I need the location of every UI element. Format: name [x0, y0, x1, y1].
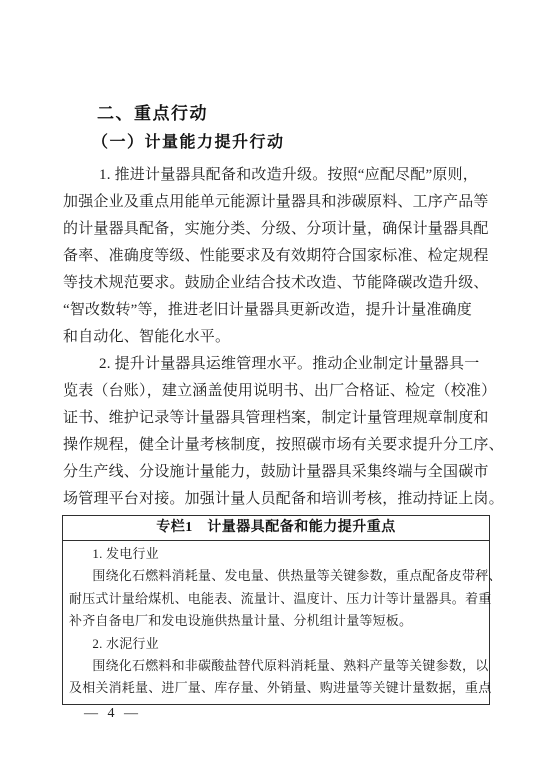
section-heading: 二、重点行动 — [63, 100, 489, 128]
special-column-box: 专栏1 计量器具配备和能力提升重点 1. 发电行业 围绕化石燃料消耗量、发电量、… — [62, 515, 490, 705]
text-line: 补齐自备电厂和发电设施供热量计量、分机组计量等短板。 — [69, 610, 483, 632]
text-line: 围绕化石燃料和非碳酸盐替代原料消耗量、熟料产量等关键参数，以 — [69, 655, 483, 677]
subsection-heading: （一）计量能力提升行动 — [63, 128, 489, 158]
text-line: 及相关消耗量、进厂量、库存量、外销量、购进量等关键计量数据，重点 — [69, 677, 483, 699]
box-body: 1. 发电行业 围绕化石燃料消耗量、发电量、供热量等关键参数，重点配备皮带秤、 … — [63, 541, 489, 704]
text-line: 和自动化、智能化水平。 — [63, 324, 489, 351]
text-line: 场管理平台对接。加强计量人员配备和培训考核，推动持证上岗。 — [63, 486, 489, 513]
document-page: 二、重点行动 （一）计量能力提升行动 1. 推进计量器具配备和改造升级。按照“应… — [0, 0, 550, 778]
text-line: 等技术规范要求。鼓励企业结合技术改造、节能降碳改造升级、 — [63, 270, 489, 297]
text-line: 加强企业及重点用能单元能源计量器具和涉碳原料、工序产品等 — [63, 189, 489, 216]
text-line: 览表（台账），建立涵盖使用说明书、出厂合格证、检定（校准） — [63, 378, 489, 405]
box-title: 专栏1 计量器具配备和能力提升重点 — [63, 516, 489, 541]
box-subheading: 2. 水泥行业 — [69, 633, 483, 655]
text-line: “智改数转”等，推进老旧计量器具更新改造，提升计量准确度 — [63, 297, 489, 324]
box-subheading: 1. 发电行业 — [69, 543, 483, 565]
text-line: 操作规程，健全计量考核制度，按照碳市场有关要求提升分工序、 — [63, 432, 489, 459]
paragraph-1: 1. 推进计量器具配备和改造升级。按照“应配尽配”原则， 加强企业及重点用能单元… — [63, 162, 489, 351]
text-line: 分生产线、分设施计量能力，鼓励计量器具采集终端与全国碳市 — [63, 459, 489, 486]
text-line: 备率、准确度等级、性能要求及有效期符合国家标准、检定规程 — [63, 243, 489, 270]
text-line: 耐压式计量给煤机、电能表、流量计、温度计、压力计等计量器具。着重 — [69, 588, 483, 610]
text-line: 证书、维护记录等计量器具管理档案，制定计量管理规章制度和 — [63, 405, 489, 432]
text-line: 围绕化石燃料消耗量、发电量、供热量等关键参数，重点配备皮带秤、 — [69, 565, 483, 587]
text-line: 2. 提升计量器具运维管理水平。推动企业制定计量器具一 — [63, 351, 489, 378]
page-body: 二、重点行动 （一）计量能力提升行动 1. 推进计量器具配备和改造升级。按照“应… — [63, 100, 489, 705]
text-line: 的计量器具配备，实施分类、分级、分项计量，确保计量器具配 — [63, 216, 489, 243]
paragraph-2: 2. 提升计量器具运维管理水平。推动企业制定计量器具一 览表（台账），建立涵盖使… — [63, 351, 489, 513]
text-line: 1. 推进计量器具配备和改造升级。按照“应配尽配”原则， — [63, 162, 489, 189]
page-number: — 4 — — [84, 706, 141, 722]
